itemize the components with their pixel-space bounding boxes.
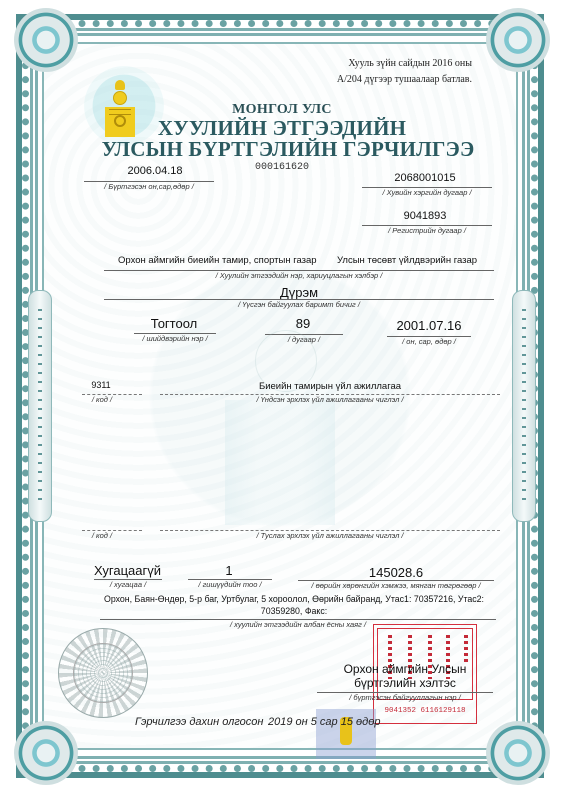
corner-ornament-icon — [14, 721, 78, 785]
secondary-activity-label: / Туслах эрхлэх үйл ажиллагааны чиглэл / — [160, 531, 500, 540]
founding-document-value: Дүрэм — [104, 285, 494, 300]
decree-line-1: Хууль зүйн сайдын 2016 оны — [337, 56, 472, 72]
mongolian-script-scroll-left — [28, 290, 52, 522]
entity-name-label: / Хуулийн этгээдийн нэр, хариуцлагын хэл… — [104, 271, 494, 280]
official-address-value: Орхон, Баян-Өндөр, 5-р баг, Уртбулаг, 5 … — [84, 593, 504, 617]
decision-name-value: Тогтоол — [134, 316, 214, 331]
secondary-activity-code-label: / код / — [82, 531, 122, 540]
entity-form-value: Улсын төсөвт үйлдвэрийн газар — [337, 255, 477, 266]
mongolian-script-icon — [33, 309, 47, 503]
equity-capital-value: 145028.6 — [298, 565, 494, 580]
duration-value: Хугацаагүй — [94, 563, 160, 578]
reissue-date: 2019 он 5 сар 15 өдөр — [268, 716, 380, 728]
registrar-name-line-1: Орхон аймгийн Улсын — [310, 662, 500, 676]
decision-number-value: 89 — [265, 316, 341, 331]
corner-ornament-icon — [14, 8, 78, 72]
file-number-label: / Хувийн хэргийн дугаар / — [362, 188, 492, 197]
equity-capital-label: / өөрийн хөрөнгийн хэмжээ, мянган төгрөг… — [298, 581, 494, 590]
registrar-name-line-2: бүртгэлийн хэлтэс — [310, 676, 500, 690]
registrar-label: / бүртгэсэн байгууллагын нэр / — [317, 693, 493, 702]
main-activity-code-label: / код / — [82, 395, 122, 404]
mongol-uls-seal-icon — [58, 628, 148, 718]
main-activity-code-value: 9311 — [86, 380, 116, 390]
decree-line-2: А/204 дүгээр тушаалаар батлав. — [337, 72, 472, 88]
corner-ornament-icon — [486, 8, 550, 72]
reissue-label: Гэрчилгээ дахин олгосон — [135, 716, 263, 728]
register-number-label: / Регистрийн дугаар / — [362, 226, 492, 235]
decree-note: Хууль зүйн сайдын 2016 оны А/204 дүгээр … — [337, 56, 472, 88]
file-number-value: 2068001015 — [360, 172, 490, 184]
watermark-emblem — [225, 400, 335, 525]
decision-name-label: / шийдвэрийн нэр / — [134, 334, 216, 343]
decision-date-value: 2001.07.16 — [387, 318, 471, 333]
registration-date-value: 2006.04.18 — [100, 165, 210, 177]
corner-ornament-icon — [486, 721, 550, 785]
register-number-value: 9041893 — [360, 210, 490, 222]
decision-date-label: / он, сар, өдөр / — [387, 337, 471, 346]
mongolian-script-icon — [517, 309, 531, 503]
certificate-title-line-2: УЛСЫН БҮРТГЭЛИЙН ГЭРЧИЛГЭЭ — [6, 137, 564, 162]
entity-name-value: Орхон аймгийн биеийн тамир, спортын газа… — [118, 255, 317, 266]
main-activity-value: Биеийн тамирын үйл ажиллагаа — [160, 381, 500, 392]
duration-label: / хугацаа / — [94, 580, 162, 589]
member-count-value: 1 — [188, 563, 270, 578]
founding-document-label: / Үүсгэн байгуулах баримт бичиг / — [104, 300, 494, 309]
main-activity-label: / Үндсэн эрхлэх үйл ажиллагааны чиглэл / — [160, 395, 500, 404]
mongolian-script-scroll-right — [512, 290, 536, 522]
registration-date-label: / Бүртгэсэн он,сар,өдөр / — [84, 182, 214, 191]
member-count-label: / гишүүдийн тоо / — [188, 580, 272, 589]
stamp-numbers: 9041352 6116129118 — [374, 707, 476, 715]
